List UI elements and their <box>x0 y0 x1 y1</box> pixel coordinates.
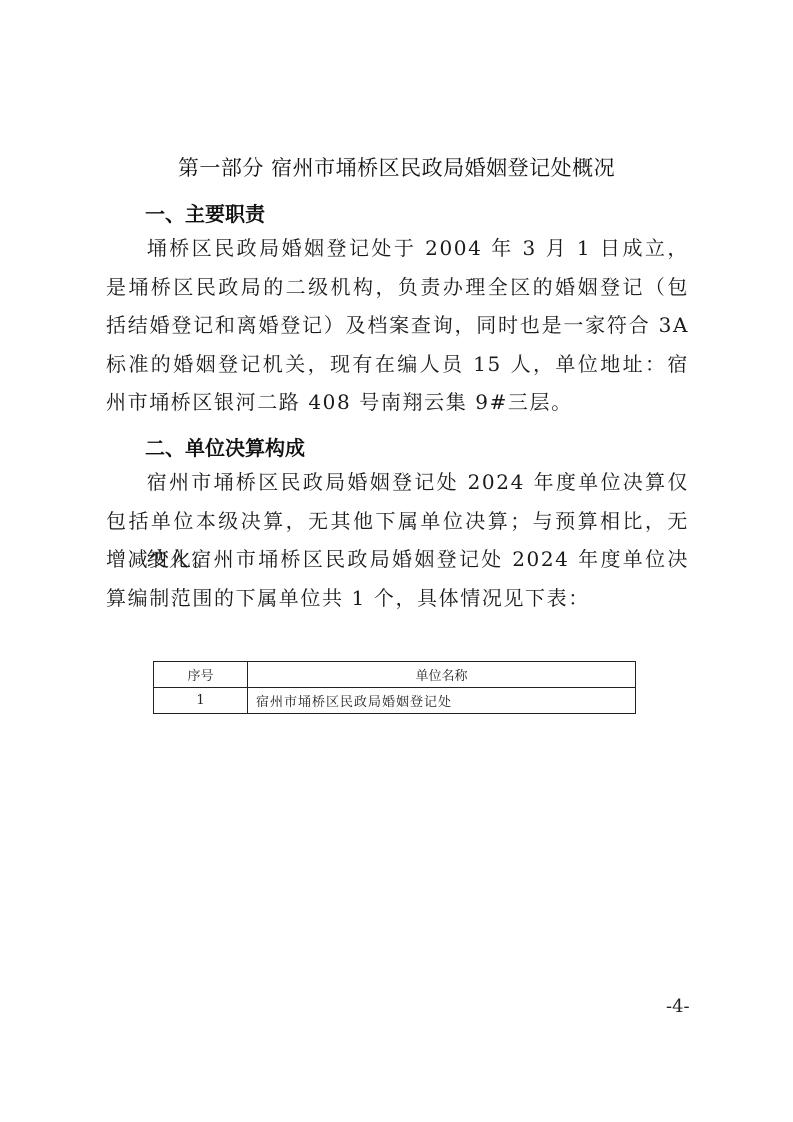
table-row: 1 宿州市埇桥区民政局婚姻登记处 <box>154 688 636 714</box>
cell-unit-name: 宿州市埇桥区民政局婚姻登记处 <box>248 688 636 714</box>
paragraph-main-duties: 埇桥区民政局婚姻登记处于 2004 年 3 月 1 日成立，是埇桥区民政局的二级… <box>106 229 689 422</box>
paragraph-subordinate-units: 纳入宿州市埇桥区民政局婚姻登记处 2024 年度单位决算编制范围的下属单位共 1… <box>106 540 689 617</box>
section-heading-main-duties: 一、主要职责 <box>145 198 265 227</box>
page-title: 第一部分 宿州市埇桥区民政局婚姻登记处概况 <box>0 152 793 182</box>
page-number: -4- <box>666 996 690 1017</box>
column-header-serial: 序号 <box>154 662 248 688</box>
paragraph-text: 纳入宿州市埇桥区民政局婚姻登记处 2024 年度单位决算编制范围的下属单位共 1… <box>106 547 689 610</box>
subordinate-units-table: 序号 单位名称 1 宿州市埇桥区民政局婚姻登记处 <box>153 661 636 714</box>
paragraph-text: 埇桥区民政局婚姻登记处于 2004 年 3 月 1 日成立，是埇桥区民政局的二级… <box>106 236 689 414</box>
section-heading-budget-composition: 二、单位决算构成 <box>145 432 305 461</box>
column-header-unit-name: 单位名称 <box>248 662 636 688</box>
table-header-row: 序号 单位名称 <box>154 662 636 688</box>
cell-serial: 1 <box>154 688 248 714</box>
document-page: 第一部分 宿州市埇桥区民政局婚姻登记处概况 一、主要职责 埇桥区民政局婚姻登记处… <box>0 0 793 1122</box>
